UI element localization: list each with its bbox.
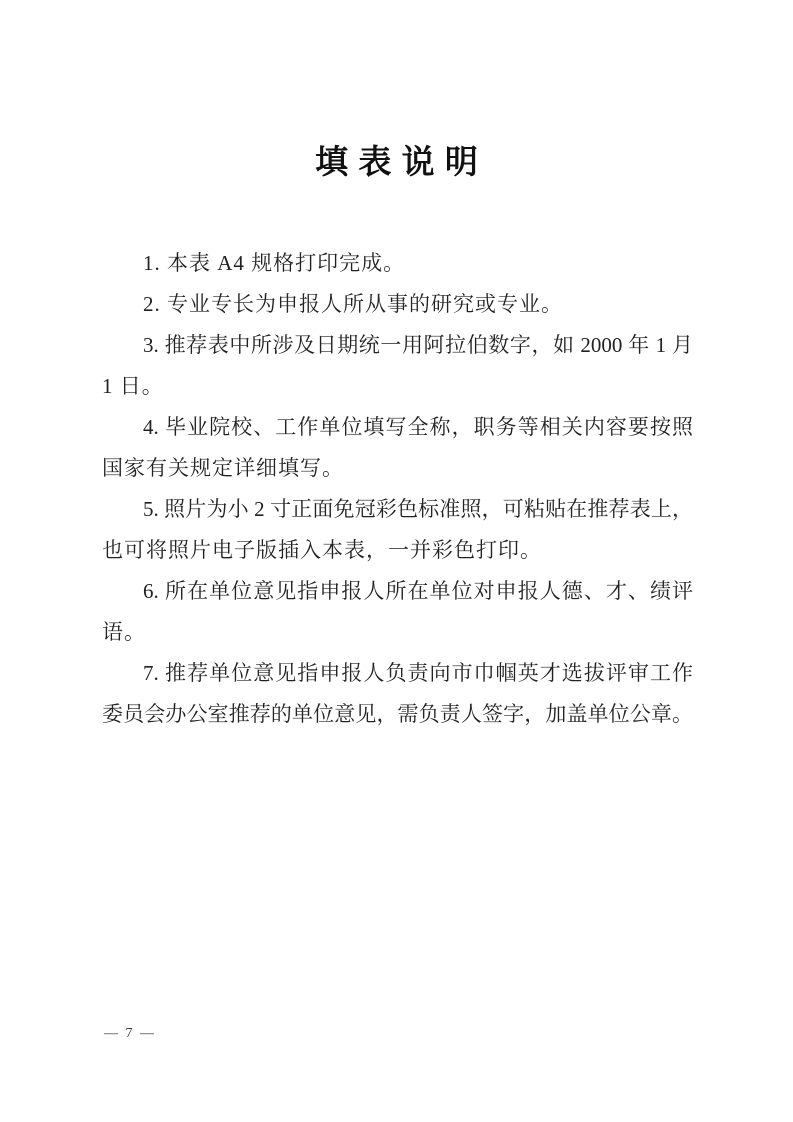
document-page: 填 表 说 明 1. 本表 A4 规格打印完成。2. 专业专长为申报人所从事的研… [0,0,793,1122]
instruction-line: 委员会办公室推荐的单位意见，需负责人签字，加盖单位公章。 [102,694,693,735]
page-title: 填 表 说 明 [0,143,793,183]
instructions-list: 1. 本表 A4 规格打印完成。2. 专业专长为申报人所从事的研究或专业。3. … [102,243,693,735]
instruction-line: 5. 照片为小 2 寸正面免冠彩色标准照，可粘贴在推荐表上， [102,489,693,530]
page-number: — 7 — [104,1024,156,1044]
instruction-line: 3. 推荐表中所涉及日期统一用阿拉伯数字，如 2000 年 1 月 [102,325,693,366]
instruction-line: 也可将照片电子版插入本表，一并彩色打印。 [102,530,693,571]
instruction-line: 国家有关规定详细填写。 [102,448,693,489]
instruction-line: 语。 [102,612,693,653]
instruction-line: 1 日。 [102,366,693,407]
instruction-line: 4. 毕业院校、工作单位填写全称，职务等相关内容要按照 [102,407,693,448]
instruction-line: 1. 本表 A4 规格打印完成。 [102,243,693,284]
instruction-line: 6. 所在单位意见指申报人所在单位对申报人德、才、绩评 [102,571,693,612]
instruction-line: 2. 专业专长为申报人所从事的研究或专业。 [102,284,693,325]
instruction-line: 7. 推荐单位意见指申报人负责向市巾帼英才选拔评审工作 [102,653,693,694]
